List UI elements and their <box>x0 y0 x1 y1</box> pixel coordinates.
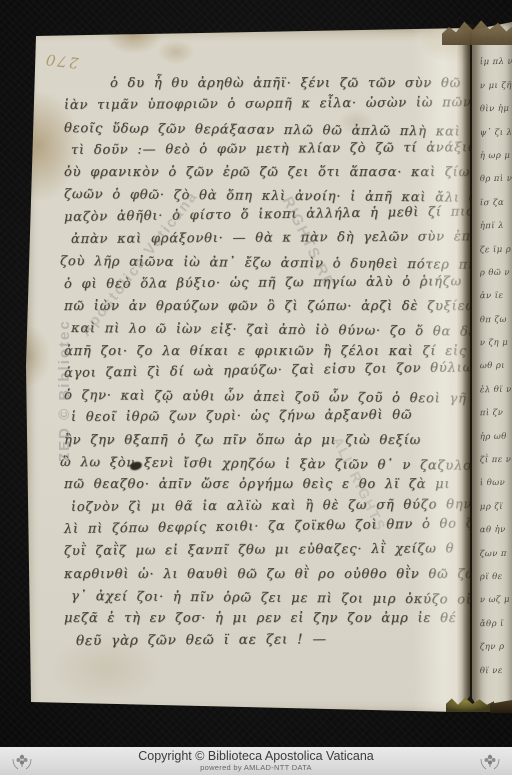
manuscript-line: πῶ θεαζθο· ἀπῖν ὥσε ὀργήμω θεὶς ε θο λϊ … <box>64 477 464 499</box>
manuscript-photo-background: 270 ὁ δυ ἦ θυ ἀρηθὼ ἀπῆϊ· ξένι ζῶ τῶν σὺ… <box>0 0 512 747</box>
adjacent-text-line: ἡρ ωθ <box>480 431 512 455</box>
adjacent-text-line: ν μι ζῆ <box>480 80 512 104</box>
adjacent-page-edge: πθν ωμἰμ πλ νν μι ζῆθὶν ἡμψ᾽ ζι λἡ ωρ μθ… <box>472 22 512 712</box>
manuscript-line: ἱ θεοῖ ἰθρῶ ζων ζυρὶ· ὡς ζήνω ἀρξανθὶ θῶ <box>71 408 464 433</box>
adjacent-text-line: θὶν ἡμ <box>480 104 512 128</box>
manuscript-line: καρθινθὶ ὡ· λι θαυθὶ θῶ ζω θῒ ρο οὐθθο θ… <box>64 567 464 589</box>
adjacent-page-text: πθν ωμἰμ πλ νν μι ζῆθὶν ἡμψ᾽ ζι λἡ ωρ μθ… <box>480 34 512 689</box>
manuscript-line: ζυῒ ζαῒζ μω εἰ ξανπῖ ζθω μι εὐθαζες· λῒ … <box>64 541 464 566</box>
manuscript-line: ὢ λω ξὸν ξενὶ ἴσθι χρηζόω ἰ ξὰν ζιῶν θ᾽ … <box>60 455 464 481</box>
frayed-paper-edge-top <box>442 15 512 45</box>
adjacent-text-line: ἀν ϊε <box>480 291 512 315</box>
copyright-text: Copyright © Biblioteca Apostolica Vatica… <box>138 750 374 763</box>
adjacent-text-line: ζην ρ <box>480 642 512 666</box>
adjacent-text-line: ἰμ πλ ν <box>480 57 512 81</box>
adjacent-text-line: ὶ θων <box>480 478 512 502</box>
manuscript-text-block: ὁ δυ ἦ θυ ἀρηθὼ ἀπῆϊ· ξένι ζῶ τῶν σὺν θῶ… <box>64 76 464 656</box>
vatican-library-emblem-icon <box>479 750 501 772</box>
manuscript-line: ὀὺ φρανικὸν ὁ ζῶν ἐρῶ ζῶ ζει ὅτι ἅπασα· … <box>64 165 464 187</box>
adjacent-text-line: πὶ ζν <box>480 408 512 432</box>
manuscript-line: γ᾽ ἀχεί ζοι· ἡ πῖν ὁρῶ ζει με πὶ ζοι μιρ… <box>71 589 464 615</box>
manuscript-line: ἢν ζην θξαπῆ ὀ ζω πῖν ὅπω ἀρ μι ζιὼ θεξί… <box>64 433 464 455</box>
adjacent-text-line: θπ ζω <box>480 314 512 338</box>
adjacent-text-line: ϊσ ζα <box>480 197 512 221</box>
adjacent-text-line: ἐλ θϊ ν <box>480 385 512 409</box>
powered-by-text: powered by AMLAD-NTT DATA <box>200 763 312 772</box>
manuscript-line: θεῦ γὰρ ζῶν θεῶ ϊ αε ζει ! — <box>76 631 464 656</box>
folio-number: 270 <box>43 50 80 72</box>
adjacent-text-line: θϊ νε <box>480 665 512 689</box>
adjacent-text-line: αθ ἡν <box>480 525 512 549</box>
adjacent-text-line: ρ θῶ ν <box>480 268 512 292</box>
adjacent-text-line: ἠπϊ λ <box>480 221 512 245</box>
manuscript-line: πῶ ἰὼν ἀν θραύζων φῶν ὃ ζὶ ζώπω· ἀρζὶ δὲ… <box>64 299 464 321</box>
adjacent-text-line: ζων π <box>480 548 512 572</box>
adjacent-text-line: ωθ ρι <box>480 361 512 385</box>
adjacent-text-line: ν ωζ μ <box>480 595 512 619</box>
vatican-library-emblem-icon <box>11 750 33 772</box>
manuscript-page: 270 ὁ δυ ἦ θυ ἀρηθὼ ἀπῆϊ· ξένι ζῶ τῶν σὺ… <box>26 26 470 714</box>
adjacent-text-line: ἡ ωρ μ <box>480 151 512 175</box>
manuscript-line: ὁ φὶ θεὸ ὅλα βύξιο· ὡς πῆ ζω πηγίω ἀλὺ ὁ… <box>64 274 464 299</box>
manuscript-line: μαζὸν ἀθῆθι· ὁ φίστο ὅ ἱκοπι ἀλλήλα ἡ με… <box>64 204 464 232</box>
adjacent-text-line: ζε ϊμ ρ <box>480 244 512 268</box>
viewer-stage: 270 ὁ δυ ἦ θυ ἀρηθὼ ἀπῆϊ· ξένι ζῶ τῶν σὺ… <box>0 0 512 775</box>
adjacent-text-line: ψ᾽ ζι λ <box>480 127 512 151</box>
adjacent-text-line: ζῒ πε ν <box>480 455 512 479</box>
copyright-footer: Copyright © Biblioteca Apostolica Vatica… <box>0 747 512 775</box>
adjacent-text-line: θρ πὶ ν <box>480 174 512 198</box>
manuscript-line: ἰὰν τιμᾶν ὑποφριῶν ὁ σωρπῆ κ εἶλα· ὡσὼν … <box>64 96 464 121</box>
adjacent-text-line: ρϊ θε <box>480 572 512 596</box>
manuscript-line: λὶ πὶ ζόπω θεφρίς κοιθι· ζα ζοϊκθω ζοὶ θ… <box>64 516 464 544</box>
manuscript-line: ἀπὰν καὶ φράξονθι· — θὰ κ πὰν δὴ γελῶν σ… <box>71 229 464 254</box>
manuscript-line: τὶ δοῦν :— θεὸ ὁ φῶν μετὴ κλίαν ζὸ ζῶ τί… <box>71 140 464 165</box>
adjacent-text-line: μρ ζϊ <box>480 502 512 526</box>
adjacent-text-line: ν ζη μ <box>480 338 512 362</box>
manuscript-line: καὶ πὶ λο ῶ ἰὼν εἰξ· ζαὶ ἀπὸ ἰὸ θύνω· ζο… <box>71 321 464 347</box>
adjacent-text-line: ἄθρ ϊ <box>480 618 512 642</box>
manuscript-line: ἀγοι ζαπὶ ζὶ δί ωὰ ηραύζω· ζαὶ εἰσυ ζοι … <box>64 360 464 388</box>
